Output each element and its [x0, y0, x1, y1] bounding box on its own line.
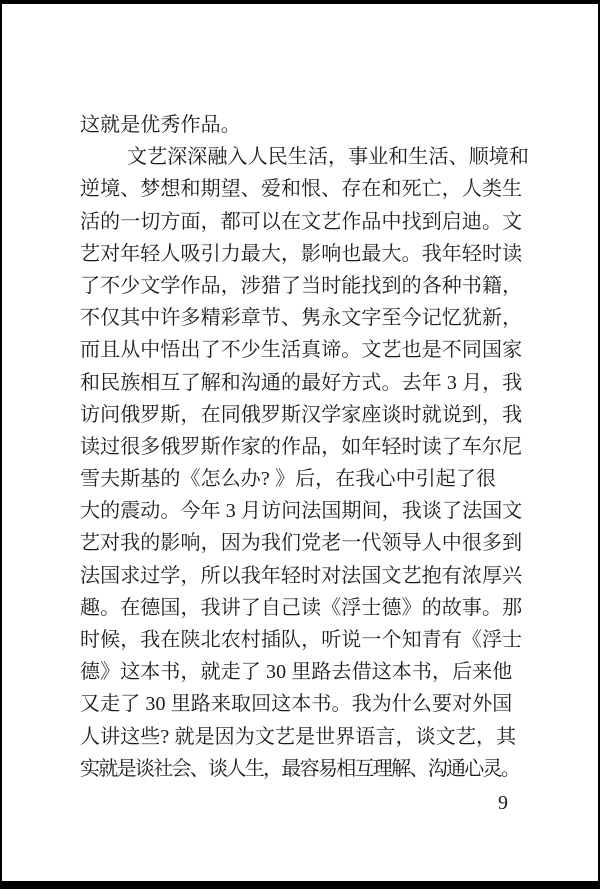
text-line: 艺对年轻人吸引力最大，影响也最大。我年轻时读 [80, 238, 532, 270]
text-line: 访问俄罗斯，在同俄罗斯汉学家座谈时就说到，我 [80, 399, 532, 431]
text-line: 文艺深深融入人民生活，事业和生活、顺境和 [80, 141, 532, 173]
text-line: 不仅其中许多精彩章节、隽永文字至今记忆犹新， [80, 302, 532, 334]
text-line: 艺对我的影响，因为我们党老一代领导人中很多到 [80, 527, 532, 559]
page-text: 这就是优秀作品。 文艺深深融入人民生活，事业和生活、顺境和 逆境、梦想和期望、爱… [80, 109, 532, 785]
text-line: 德》这本书，就走了 30 里路去借这本书，后来他 [80, 656, 532, 688]
text-line: 又走了 30 里路来取回这本书。我为什么要对外国 [80, 688, 532, 720]
text-line: 实就是谈社会、谈人生，最容易相互理解、沟通心灵。 [80, 753, 532, 785]
text-line: 这就是优秀作品。 [80, 109, 532, 141]
text-line: 了不少文学作品，涉猎了当时能找到的各种书籍， [80, 270, 532, 302]
text-line: 法国求过学，所以我年轻时对法国文艺抱有浓厚兴 [80, 560, 532, 592]
text-line: 而且从中悟出了不少生活真谛。文艺也是不同国家 [80, 334, 532, 366]
text-line: 雪夫斯基的《怎么办? 》后，在我心中引起了很 [80, 463, 532, 495]
page-number: 9 [498, 791, 508, 815]
text-line: 人讲这些? 就是因为文艺是世界语言，谈文艺，其 [80, 721, 532, 753]
text-line: 和民族相互了解和沟通的最好方式。去年 3 月，我 [80, 367, 532, 399]
text-line: 读过很多俄罗斯作家的作品，如年轻时读了车尔尼 [80, 431, 532, 463]
text-line: 大的震动。今年 3 月访问法国期间，我谈了法国文 [80, 495, 532, 527]
text-line: 时候，我在陕北农村插队，听说一个知青有《浮士 [80, 624, 532, 656]
text-line: 活的一切方面，都可以在文艺作品中找到启迪。文 [80, 206, 532, 238]
text-line: 趣。在德国，我讲了自己读《浮士德》的故事。那 [80, 592, 532, 624]
text-line: 逆境、梦想和期望、爱和恨、存在和死亡，人类生 [80, 173, 532, 205]
